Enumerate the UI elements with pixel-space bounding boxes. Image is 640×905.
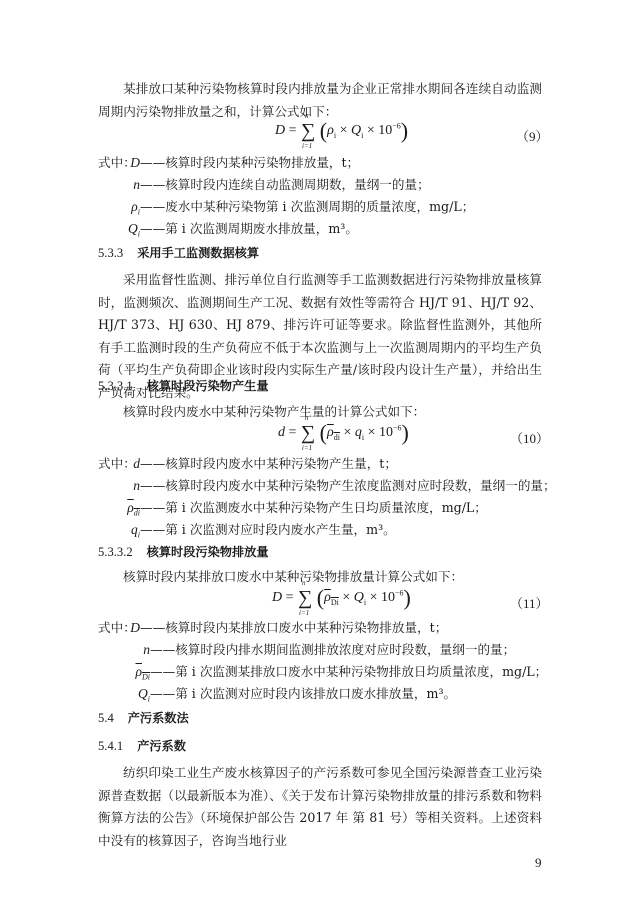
where-item: D——核算时段内某排放口废水中某种污染物排放量，t；	[128, 617, 447, 639]
equation-9: D = ∑ni=1 (ρi × Qi × 10−6)	[275, 118, 408, 144]
equation-number-9: （9）	[516, 126, 549, 145]
equation-11: D = ∑ni=1 (ρDi × Qi × 10−6)	[272, 585, 411, 611]
equation-number-11: （11）	[510, 593, 549, 612]
heading-5-3-3: 5.3.3采用手工监测数据核算	[98, 244, 259, 261]
heading-5-4-1: 5.4.1产污系数	[98, 737, 186, 754]
where-item: Qi——第 i 次监测对应时段内该排放口废水排放量，m³。	[118, 683, 456, 711]
intro-paragraph: 某排放口某种污染物核算时段内排放量为企业正常排水期间各连续自动监测周期内污染物排…	[98, 78, 542, 123]
where-item: D——核算时段内某种污染物排放量，t；	[128, 152, 359, 174]
summation-symbol: ∑ni=1	[301, 121, 315, 141]
page-number: 9	[535, 855, 542, 871]
where-item: n——核算时段内排水期间监测排放浓度对应时段数，量纲一的量；	[118, 639, 515, 661]
heading-5-3-3-1: 5.3.3.1核算时段污染物产生量	[98, 377, 269, 394]
summation-symbol: ∑ni=1	[298, 588, 312, 608]
equation-number-10: （10）	[510, 428, 549, 447]
where-item: n——核算时段内连续自动监测周期数，量纲一的量；	[128, 174, 430, 196]
where-item: Qi——第 i 次监测周期废水排放量，m³。	[128, 218, 358, 246]
paragraph-5-4-1: 纺织印染工业生产废水核算因子的产污系数可参见全国污染源普查工业污染源普查数据（以…	[98, 762, 542, 852]
heading-5-4: 5.4产污系数法	[98, 709, 189, 726]
equation-10: d = ∑ni=1 (ρdi × qi × 10−6)	[278, 420, 409, 446]
document-page: 某排放口某种污染物核算时段内排放量为企业正常排水期间各连续自动监测周期内污染物排…	[0, 0, 640, 905]
where-item: d——核算时段内废水中某种污染物产生量，t；	[128, 453, 397, 475]
summation-symbol: ∑ni=1	[301, 423, 315, 443]
where-item: n——核算时段内废水中某种污染物产生浓度监测对应时段数，量纲一的量；	[112, 475, 556, 497]
heading-5-3-3-2: 5.3.3.2核算时段污染物排放量	[98, 543, 269, 560]
